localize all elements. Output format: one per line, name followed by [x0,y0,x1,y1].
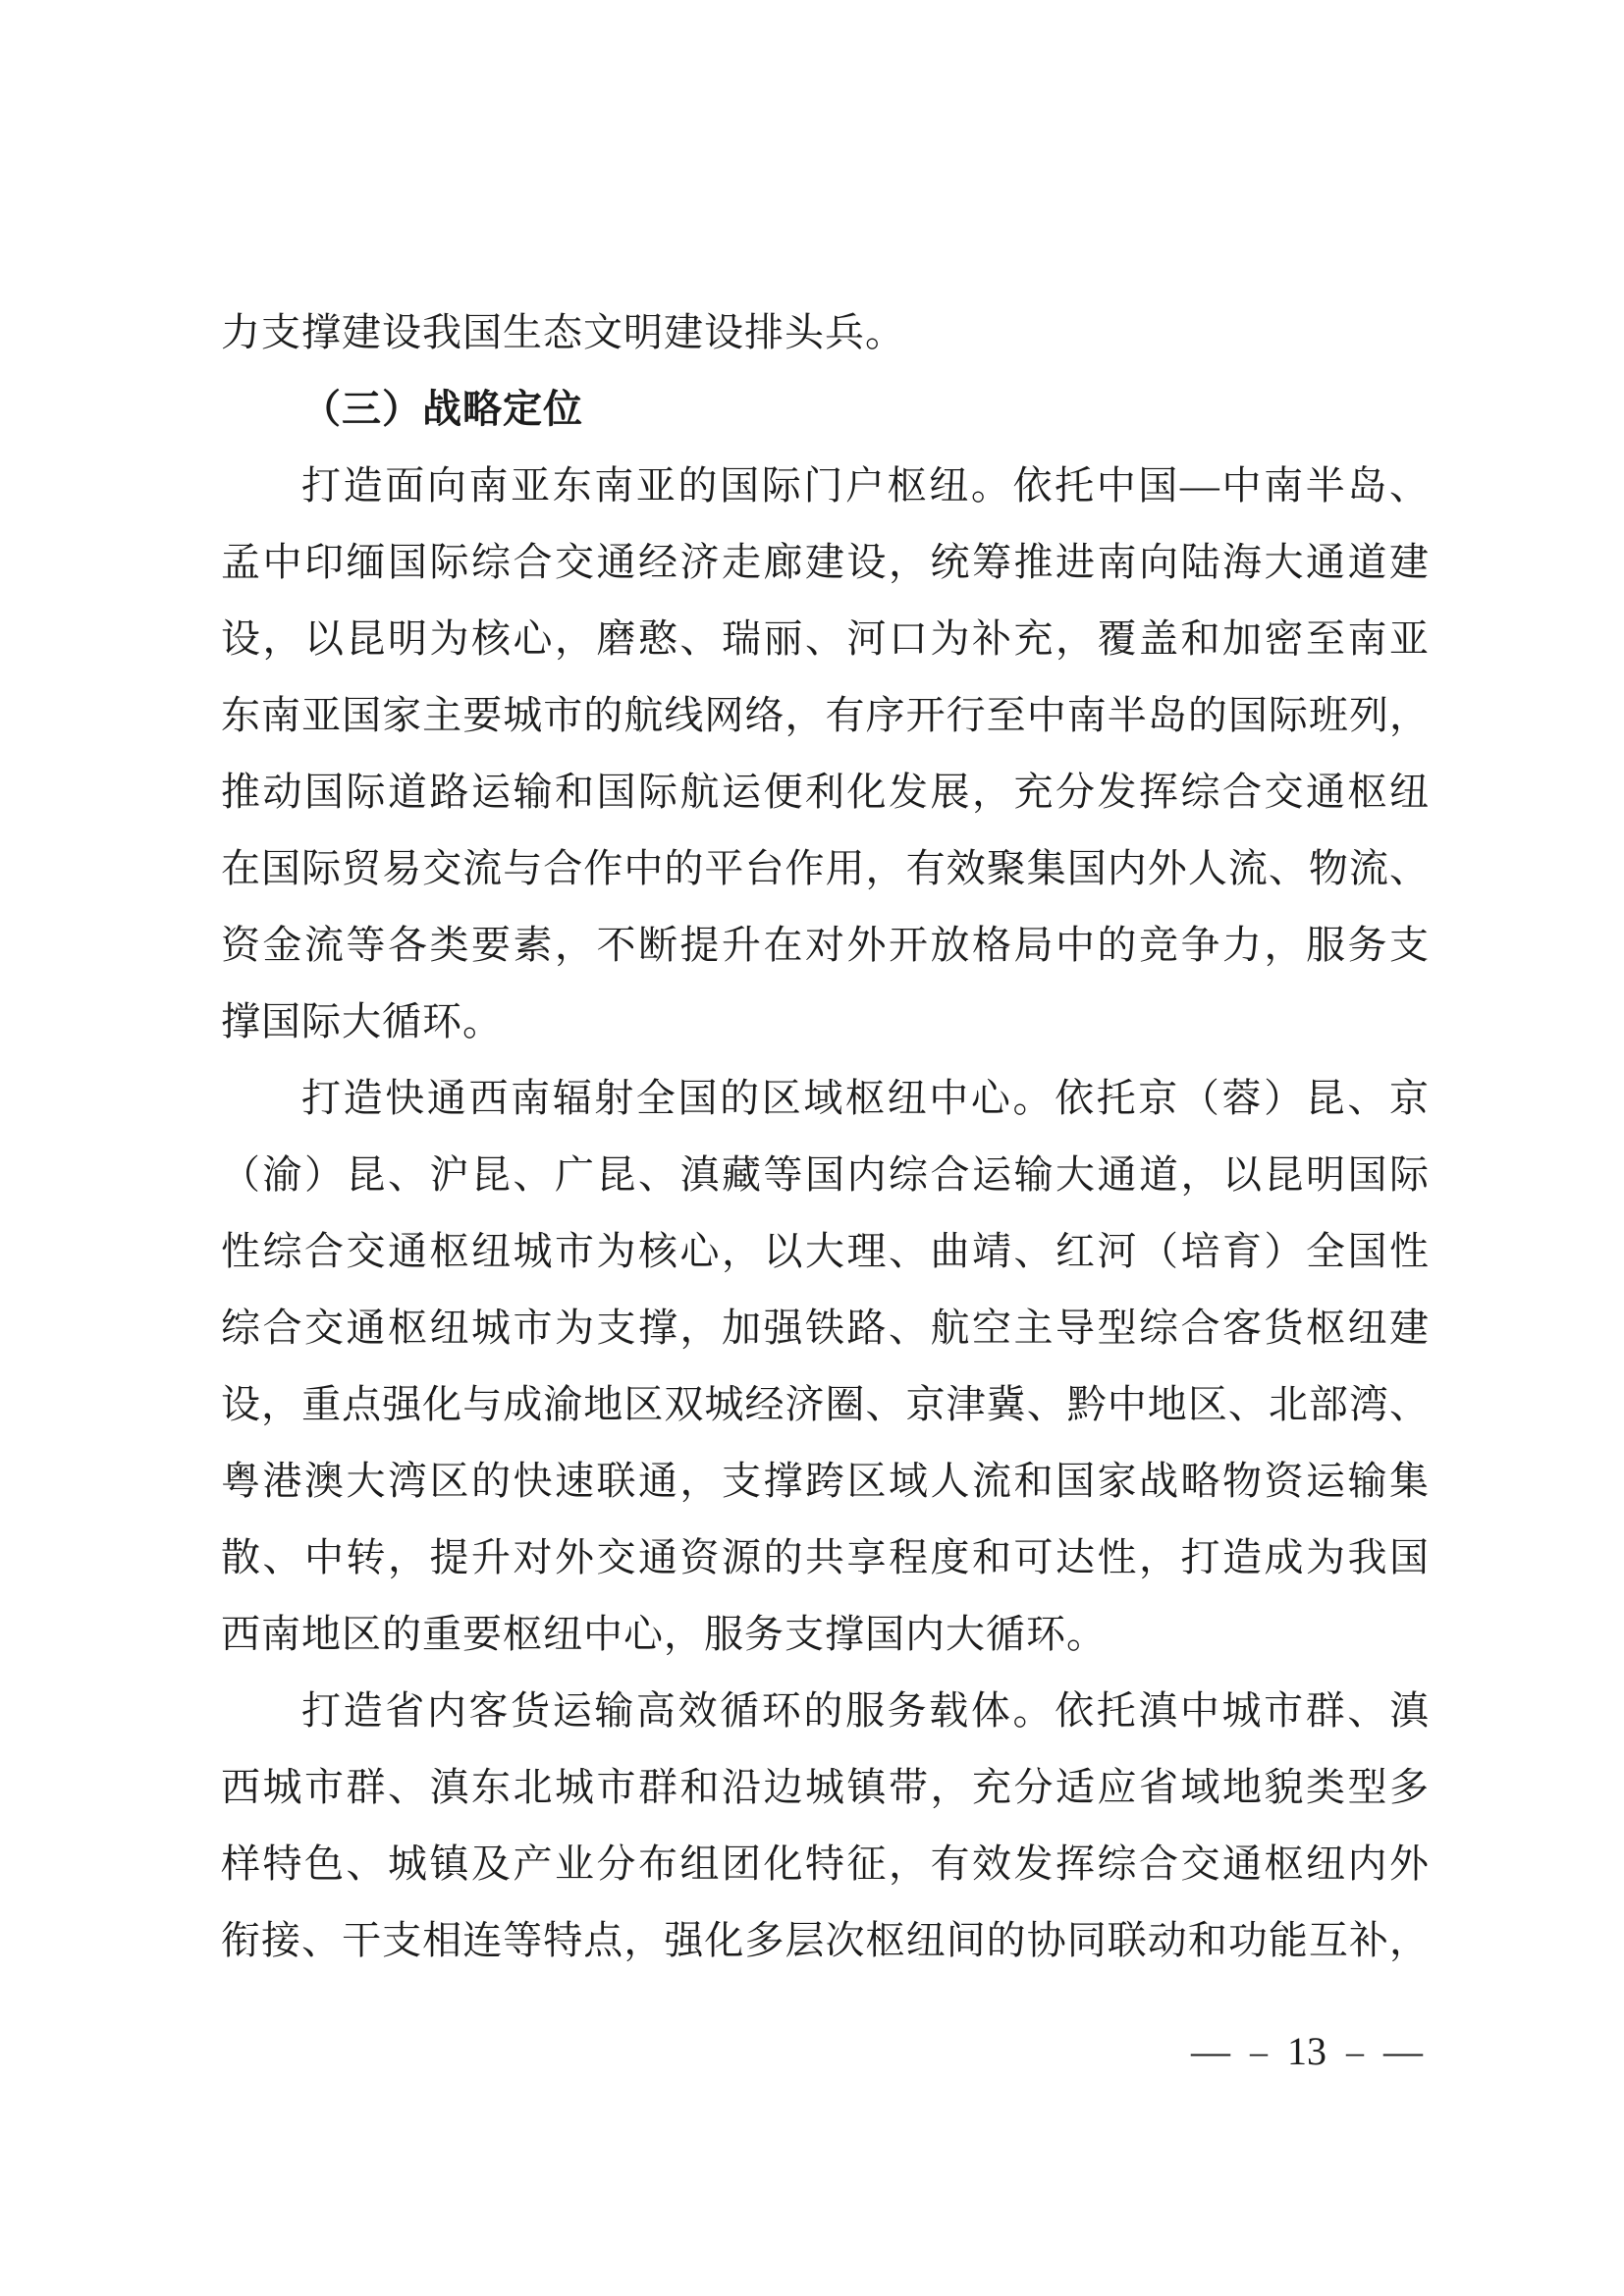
text-line: 力支撑建设我国生态文明建设排头兵。 [221,294,1429,371]
document-page: 力支撑建设我国生态文明建设排头兵。（三）战略定位打造面向南亚东南亚的国际门户枢纽… [0,0,1624,2296]
text-line: 东南亚国家主要城市的航线网络，有序开行至中南半岛的国际班列， [221,677,1429,754]
text-line: 孟中印缅国际综合交通经济走廊建设，统筹推进南向陆海大通道建 [221,524,1429,601]
page-footer: — – 13 – — [1191,2028,1423,2075]
text-line: 打造快通西南辐射全国的区域枢纽中心。依托京（蓉）昆、京 [221,1060,1429,1137]
text-line: 粤港澳大湾区的快速联通，支撑跨区域人流和国家战略物资运输集 [221,1443,1429,1520]
text-line: 打造面向南亚东南亚的国际门户枢纽。依托中国—中南半岛、 [221,448,1429,524]
footer-left-dash: — [1191,2028,1230,2075]
text-line: 资金流等各类要素，不断提升在对外开放格局中的竞争力，服务支 [221,907,1429,984]
text-line: 设，重点强化与成渝地区双城经济圈、京津冀、黔中地区、北部湾、 [221,1366,1429,1443]
text-line: 综合交通枢纽城市为支撑，加强铁路、航空主导型综合客货枢纽建 [221,1290,1429,1366]
text-line: 样特色、城镇及产业分布组团化特征，有效发挥综合交通枢纽内外 [221,1826,1429,1902]
text-line: 衔接、干支相连等特点，强化多层次枢纽间的协同联动和功能互补， [221,1902,1429,1979]
text-line: 撑国际大循环。 [221,984,1429,1060]
text-line: （三）战略定位 [221,371,1429,448]
text-line: 西南地区的重要枢纽中心，服务支撑国内大循环。 [221,1596,1429,1673]
footer-right-dash: — [1383,2028,1423,2075]
text-line: （渝）昆、沪昆、广昆、滇藏等国内综合运输大通道，以昆明国际 [221,1137,1429,1213]
footer-right-separator: – [1346,2028,1364,2075]
text-line: 推动国际道路运输和国际航运便利化发展，充分发挥综合交通枢纽 [221,754,1429,830]
page-number: 13 [1287,2028,1326,2075]
document-body: 力支撑建设我国生态文明建设排头兵。（三）战略定位打造面向南亚东南亚的国际门户枢纽… [221,294,1429,1979]
text-line: 设，以昆明为核心，磨憨、瑞丽、河口为补充，覆盖和加密至南亚 [221,601,1429,677]
text-line: 散、中转，提升对外交通资源的共享程度和可达性，打造成为我国 [221,1520,1429,1596]
text-line: 性综合交通枢纽城市为核心，以大理、曲靖、红河（培育）全国性 [221,1213,1429,1290]
text-line: 在国际贸易交流与合作中的平台作用，有效聚集国内外人流、物流、 [221,830,1429,907]
footer-left-separator: – [1250,2028,1268,2075]
text-line: 西城市群、滇东北城市群和沿边城镇带，充分适应省域地貌类型多 [221,1749,1429,1826]
text-line: 打造省内客货运输高效循环的服务载体。依托滇中城市群、滇 [221,1673,1429,1749]
